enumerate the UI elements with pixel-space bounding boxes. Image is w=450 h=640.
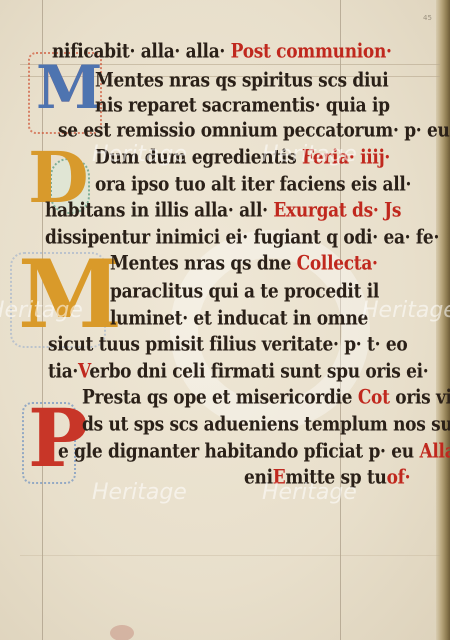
watermark-text: Heritage <box>92 142 187 167</box>
watermark-text: Heritage <box>362 298 450 323</box>
manuscript-page: 45 M D M P nificabit· alla· alla· Post c… <box>0 0 450 640</box>
text-line: Presta qs ope et misericordie Cot oris v… <box>82 386 450 409</box>
text-line: e gle dignanter habitando pficiat p· eu … <box>58 440 450 463</box>
text-line: luminet· et inducat in omne <box>110 307 368 330</box>
folio-number: 45 <box>423 14 432 22</box>
text-line: paraclitus qui a te procedit il <box>110 280 379 303</box>
initial-p-red: P <box>28 398 88 478</box>
text-line: tia·Verbo dni celi firmati sunt spu oris… <box>48 360 428 383</box>
text-line: nificabit· alla· alla· Post communion· <box>52 40 392 63</box>
text-line: dissipentur inimici ei· fugiant q odi· e… <box>45 226 439 249</box>
initial-m-gold: M <box>18 248 122 342</box>
initial-m-blue: M <box>36 58 102 118</box>
text-line: ds ut sps scs adueniens templum nos su <box>82 413 450 436</box>
watermark-text: Heritage <box>92 480 187 505</box>
text-line: Mentes nras qs dne Collecta· <box>110 252 378 275</box>
text-line: nis reparet sacramentis· quia ip <box>95 94 390 117</box>
text-line: ora ipso tuo alt iter faciens eis all· <box>95 173 411 196</box>
parchment-stain <box>110 625 134 640</box>
watermark-text: Heritage <box>0 298 83 323</box>
watermark-text: Heritage <box>262 480 357 505</box>
text-line: sicut tuus pmisit filius veritate· p· t·… <box>48 333 407 356</box>
text-line: Mentes nras qs spiritus scs diui <box>95 69 388 92</box>
text-line: habitans in illis alla· all· Exurgat ds·… <box>45 199 401 222</box>
ruling-line <box>20 555 440 556</box>
text-line: se est remissio omnium peccatorum· p· eu <box>58 119 450 142</box>
watermark-text: Heritage <box>262 142 357 167</box>
